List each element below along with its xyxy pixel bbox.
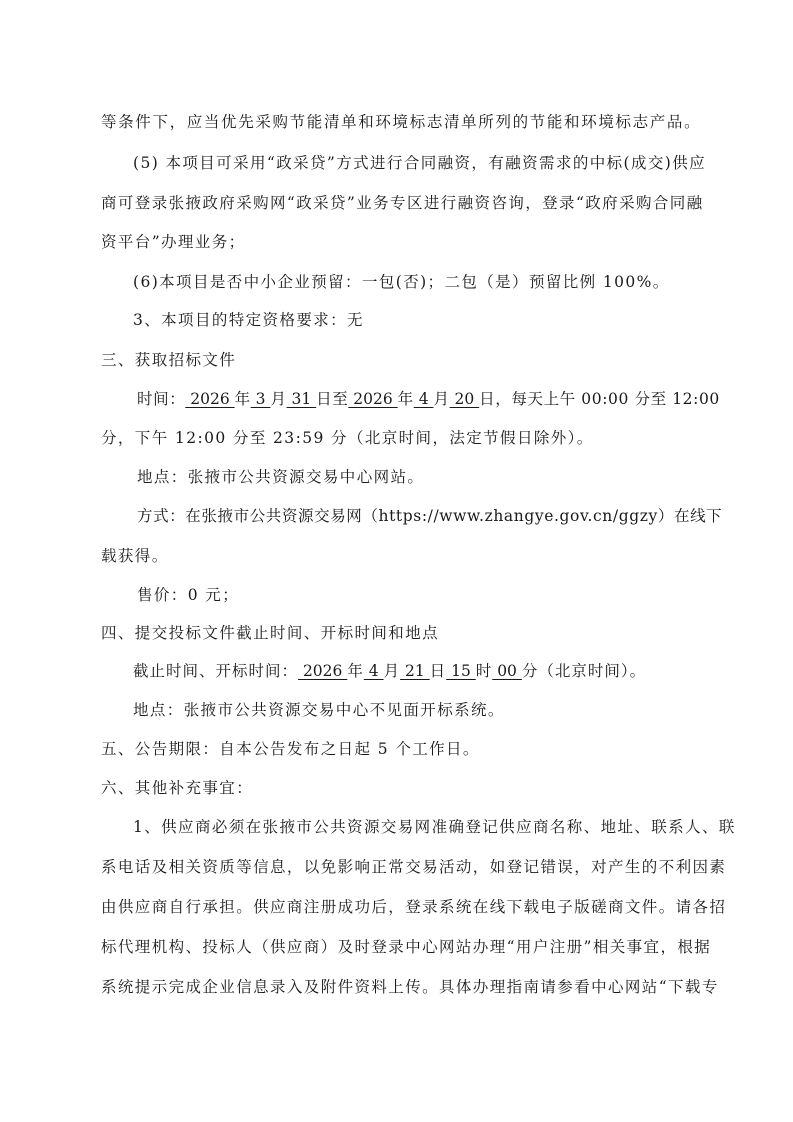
supplement-1-line2: 系电话及相关资质等信息，以免影响正常交易活动，如登记错误，对产生的不利因素 [101, 857, 701, 877]
deadline-day: 21 [400, 662, 430, 680]
month-unit: 月 [433, 390, 449, 408]
day-unit: 日 [430, 662, 447, 680]
section-4-heading: 四、提交投标文件截止时间、开标时间和地点 [101, 623, 701, 643]
hour-unit: 时 [476, 662, 493, 680]
end-month: 4 [414, 390, 434, 408]
month-unit: 月 [270, 390, 286, 408]
start-day: 31 [287, 390, 317, 408]
day-to: 日至 [316, 390, 348, 408]
price-line: 售价：0 元； [137, 585, 701, 605]
year-unit: 年 [398, 390, 414, 408]
section-5-heading: 五、公告期限：自本公告发布之日起 5 个工作日。 [101, 739, 701, 759]
opening-place: 地点：张掖市公共资源交易中心不见面开标系统。 [133, 700, 701, 720]
deadline-line: 截止时间、开标时间： 2026 年 4 月 21 日 15 时 00 分（北京时… [133, 661, 701, 681]
paragraph-6: (6)本项目是否中小企业预留：一包(否)；二包（是）预留比例 100%。 [133, 272, 701, 292]
end-day: 20 [450, 390, 480, 408]
month-unit: 月 [384, 662, 401, 680]
paragraph-5-line2: 商可登录张掖政府采购网“政采贷”业务专区进行融资咨询，登录“政府采购合同融 [101, 193, 701, 213]
deadline-year: 2026 [298, 662, 347, 680]
paragraph-5-line1: (5) 本项目可采用“政采贷”方式进行合同融资，有融资需求的中标(成交)供应 [133, 153, 701, 173]
start-year: 2026 [185, 390, 234, 408]
supplement-1-line1: 1、供应商必须在张掖市公共资源交易网准确登记供应商名称、地址、联系人、联 [133, 817, 701, 837]
end-year: 2026 [348, 390, 397, 408]
section-3-heading: 三、获取招标文件 [101, 350, 701, 370]
section-6-heading: 六、其他补充事宜： [101, 778, 701, 798]
supplement-1-line4: 标代理机构、投标人（供应商）及时登录中心网站办理“用户注册”相关事宜，根据 [101, 937, 701, 957]
document-page: 等条件下，应当优先采购节能清单和环境标志清单所列的节能和环境标志产品。 (5) … [0, 0, 793, 1122]
time-line1: 时间： 2026 年 3 月 31 日至 2026 年 4 月 20 日，每天上… [137, 389, 701, 409]
start-month: 3 [251, 390, 271, 408]
paragraph-energy-saving: 等条件下，应当优先采购节能清单和环境标志清单所列的节能和环境标志产品。 [101, 112, 701, 132]
supplement-1-line3: 由供应商自行承担。供应商注册成功后，登录系统在线下载电子版磋商文件。请各招 [101, 897, 701, 917]
paragraph-3-qualification: 3、本项目的特定资格要求：无 [133, 310, 701, 330]
place-line: 地点：张掖市公共资源交易中心网站。 [137, 467, 701, 487]
deadline-minute: 00 [492, 662, 522, 680]
method-line2: 载获得。 [101, 546, 701, 566]
time-label: 时间： [137, 390, 185, 408]
year-unit: 年 [347, 662, 364, 680]
time-line2: 分，下午 12:00 分至 23:59 分（北京时间，法定节假日除外）。 [101, 428, 701, 448]
deadline-label: 截止时间、开标时间： [133, 662, 298, 680]
deadline-hour: 15 [446, 662, 476, 680]
supplement-1-line5: 系统提示完成企业信息录入及附件资料上传。具体办理指南请参看中心网站“下载专 [101, 977, 701, 997]
paragraph-5-line3: 资平台”办理业务； [101, 232, 701, 252]
minute-unit: 分（北京时间）。 [522, 662, 646, 680]
time-rest: 日，每天上午 00:00 分至 12:00 [479, 390, 720, 408]
method-line1: 方式：在张掖市公共资源交易网（https://www.zhangye.gov.c… [137, 506, 701, 526]
year-unit: 年 [235, 390, 251, 408]
deadline-month: 4 [364, 662, 384, 680]
